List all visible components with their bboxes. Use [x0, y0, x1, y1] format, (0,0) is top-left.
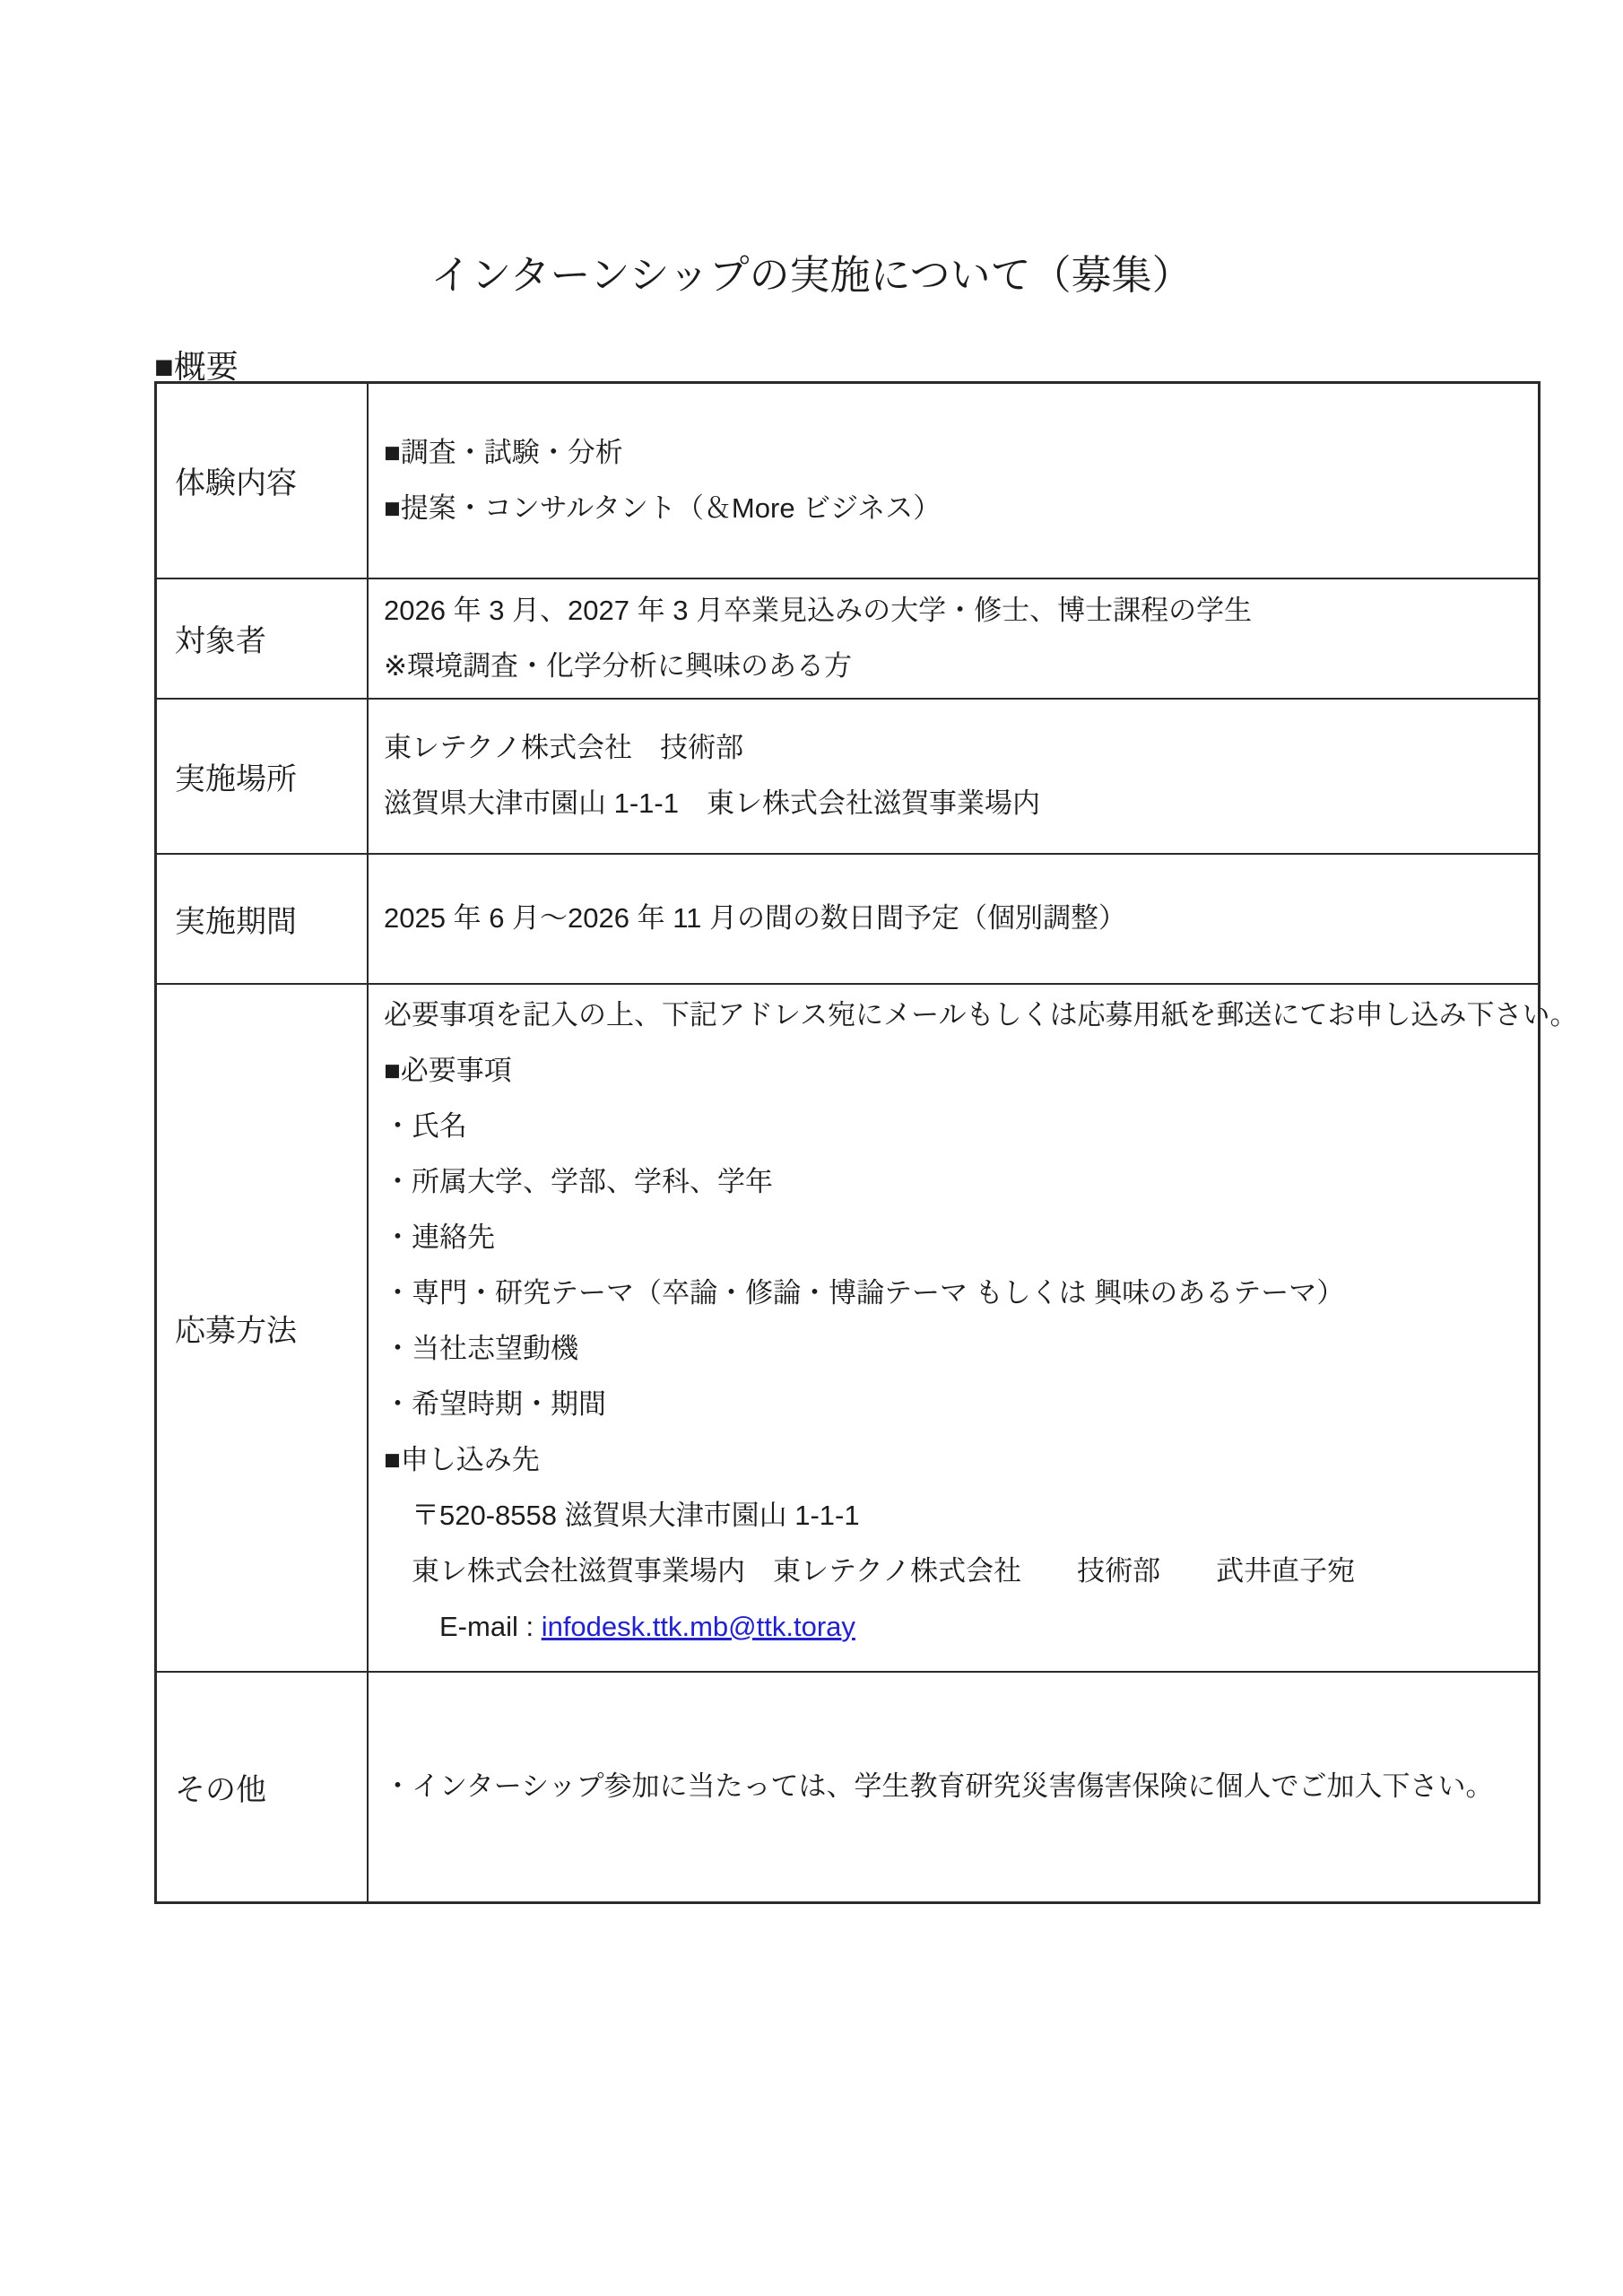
content-line: ※環境調査・化学分析に興味のある方 — [384, 639, 1529, 694]
content-line: 東レ株式会社滋賀事業場内 東レテクノ株式会社 技術部 武井直子宛 — [384, 1544, 1529, 1599]
table-row: その他・インターシップ参加に当たっては、学生教育研究災害傷害保険に個人でご加入下… — [156, 1672, 1540, 1903]
table-row: 対象者2026 年 3 月、2027 年 3 月卒業見込みの大学・修士、博士課程… — [156, 578, 1540, 699]
content-line: E-mail : infodesk.ttk.mb@ttk.toray — [384, 1599, 1529, 1655]
row-content: 2025 年 6 月～2026 年 11 月の間の数日間予定（個別調整） — [368, 854, 1540, 984]
row-label: 実施場所 — [156, 699, 369, 854]
email-link[interactable]: infodesk.ttk.mb@ttk.toray — [542, 1611, 855, 1642]
row-content: 2026 年 3 月、2027 年 3 月卒業見込みの大学・修士、博士課程の学生… — [368, 578, 1540, 699]
content-line: 2025 年 6 月～2026 年 11 月の間の数日間予定（個別調整） — [384, 891, 1529, 946]
row-content: ・インターシップ参加に当たっては、学生教育研究災害傷害保険に個人でご加入下さい。 — [368, 1672, 1540, 1903]
content-line: 必要事項を記入の上、下記アドレス宛にメールもしくは応募用紙を郵送にてお申し込み下… — [384, 987, 1529, 1043]
content-line: ・所属大学、学部、学科、学年 — [384, 1154, 1529, 1210]
content-line: ・インターシップ参加に当たっては、学生教育研究災害傷害保険に個人でご加入下さい。 — [384, 1759, 1529, 1814]
content-line: 〒520-8558 滋賀県大津市園山 1-1-1 — [384, 1488, 1529, 1544]
email-label: E-mail : — [384, 1611, 542, 1642]
table-row: 実施場所東レテクノ株式会社 技術部滋賀県大津市園山 1-1-1 東レ株式会社滋賀… — [156, 699, 1540, 854]
row-label: 体験内容 — [156, 383, 369, 578]
content-line: ■調査・試験・分析 — [384, 425, 1529, 481]
content-line: 東レテクノ株式会社 技術部 — [384, 720, 1529, 776]
content-line: ・氏名 — [384, 1099, 1529, 1154]
table-row: 体験内容■調査・試験・分析■提案・コンサルタント（＆More ビジネス） — [156, 383, 1540, 578]
content-line: ・当社志望動機 — [384, 1321, 1529, 1377]
content-line: ・希望時期・期間 — [384, 1377, 1529, 1432]
content-line: 滋賀県大津市園山 1-1-1 東レ株式会社滋賀事業場内 — [384, 776, 1529, 831]
row-content: ■調査・試験・分析■提案・コンサルタント（＆More ビジネス） — [368, 383, 1540, 578]
row-content: 必要事項を記入の上、下記アドレス宛にメールもしくは応募用紙を郵送にてお申し込み下… — [368, 984, 1540, 1672]
content-line: ・連絡先 — [384, 1210, 1529, 1265]
overview-table: 体験内容■調査・試験・分析■提案・コンサルタント（＆More ビジネス）対象者2… — [154, 381, 1541, 1904]
content-line: ■提案・コンサルタント（＆More ビジネス） — [384, 481, 1529, 536]
row-label: 応募方法 — [156, 984, 369, 1672]
document-page: インターンシップの実施について（募集） ■概要 体験内容■調査・試験・分析■提案… — [0, 0, 1623, 2296]
row-label: その他 — [156, 1672, 369, 1903]
row-label: 実施期間 — [156, 854, 369, 984]
table-row: 実施期間2025 年 6 月～2026 年 11 月の間の数日間予定（個別調整） — [156, 854, 1540, 984]
table-row: 応募方法必要事項を記入の上、下記アドレス宛にメールもしくは応募用紙を郵送にてお申… — [156, 984, 1540, 1672]
row-content: 東レテクノ株式会社 技術部滋賀県大津市園山 1-1-1 東レ株式会社滋賀事業場内 — [368, 699, 1540, 854]
row-label: 対象者 — [156, 578, 369, 699]
content-line: ■申し込み先 — [384, 1432, 1529, 1488]
content-line: ・専門・研究テーマ（卒論・修論・博論テーマ もしくは 興味のあるテーマ） — [384, 1265, 1529, 1321]
overview-table-body: 体験内容■調査・試験・分析■提案・コンサルタント（＆More ビジネス）対象者2… — [156, 383, 1540, 1903]
content-line: ■必要事項 — [384, 1043, 1529, 1099]
content-line: 2026 年 3 月、2027 年 3 月卒業見込みの大学・修士、博士課程の学生 — [384, 583, 1529, 639]
page-title: インターンシップの実施について（募集） — [0, 242, 1623, 300]
